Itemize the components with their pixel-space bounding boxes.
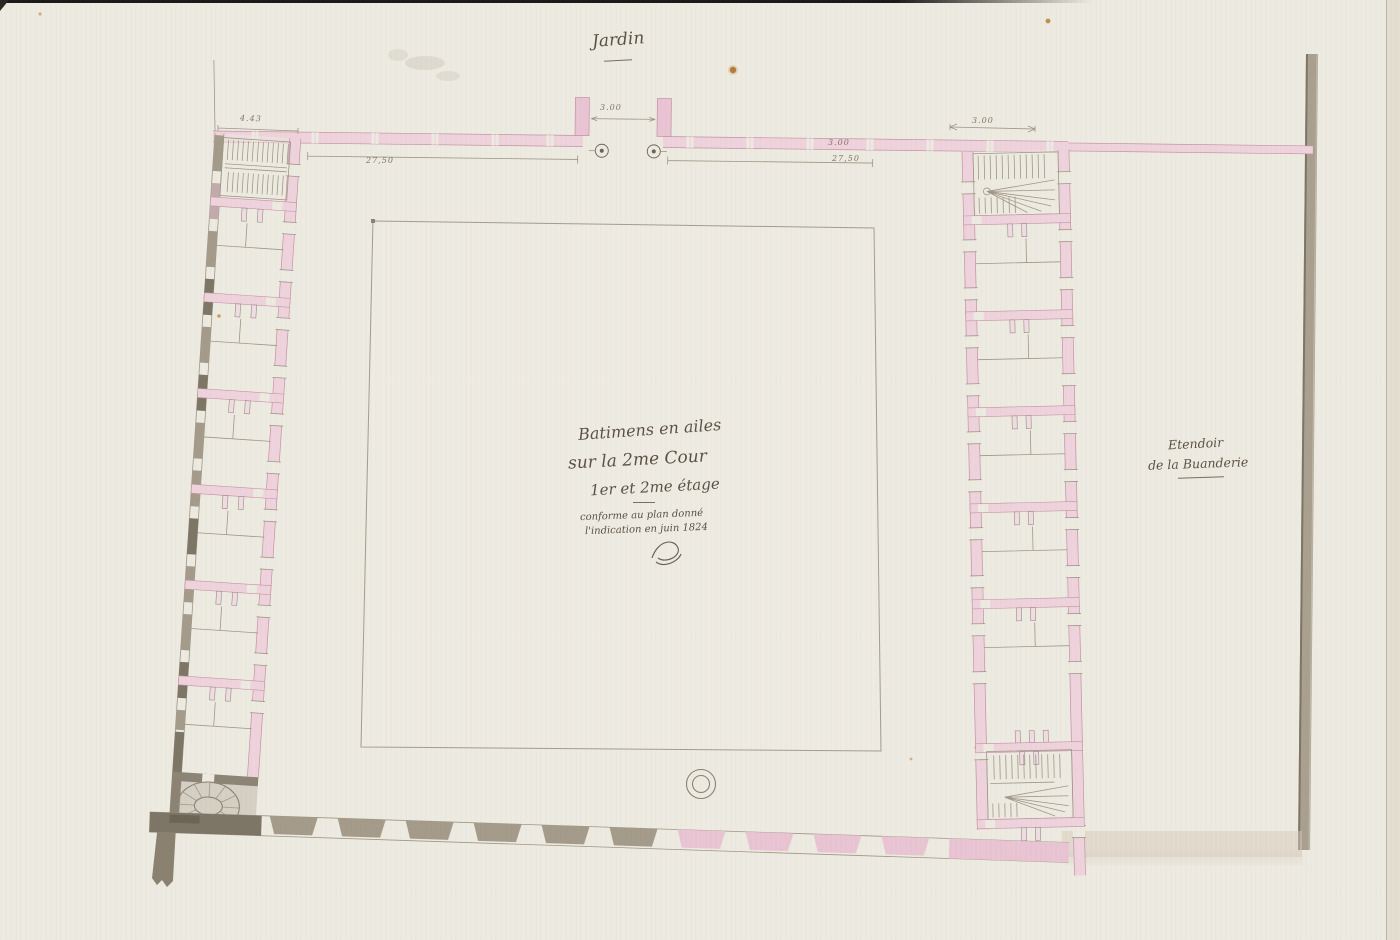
paraph-flourish xyxy=(648,536,688,570)
top-wall-window-openings xyxy=(253,131,1052,152)
portal-column xyxy=(647,145,660,158)
wash-band xyxy=(1062,831,1302,864)
well xyxy=(687,770,716,799)
left-corner-wall-stub xyxy=(152,824,176,887)
courtyard-corner-mark xyxy=(371,219,375,223)
garden-portal xyxy=(575,97,672,158)
right-wing xyxy=(961,150,1087,878)
dimension-label: 27,50 xyxy=(832,154,860,163)
far-right-wall xyxy=(1298,54,1318,850)
dimension-label: 3.00 xyxy=(600,103,622,112)
arcade-solid-wall xyxy=(149,812,262,836)
portal-column xyxy=(595,144,608,157)
arcade-piers-new xyxy=(677,830,1069,863)
scan-top-edge xyxy=(0,0,1092,3)
plan-title-underline xyxy=(633,502,655,503)
boundary-line xyxy=(213,60,216,131)
left-wing xyxy=(169,133,303,837)
dimension-label: 27,50 xyxy=(366,156,394,165)
garden-label: Jardin xyxy=(591,28,645,52)
page-right-edge xyxy=(1386,0,1400,940)
dimension-label: 3.00 xyxy=(828,138,850,147)
side-label-line-1: Etendoir xyxy=(1168,435,1224,453)
drawing-sheet: Jardin Batimens en ailes sur la 2me Cour… xyxy=(0,0,1400,940)
bottom-arcade xyxy=(149,812,1069,862)
scan-corner xyxy=(0,0,9,11)
dimension-label: 3.00 xyxy=(972,116,994,125)
dimension-label: 4.43 xyxy=(240,114,262,124)
